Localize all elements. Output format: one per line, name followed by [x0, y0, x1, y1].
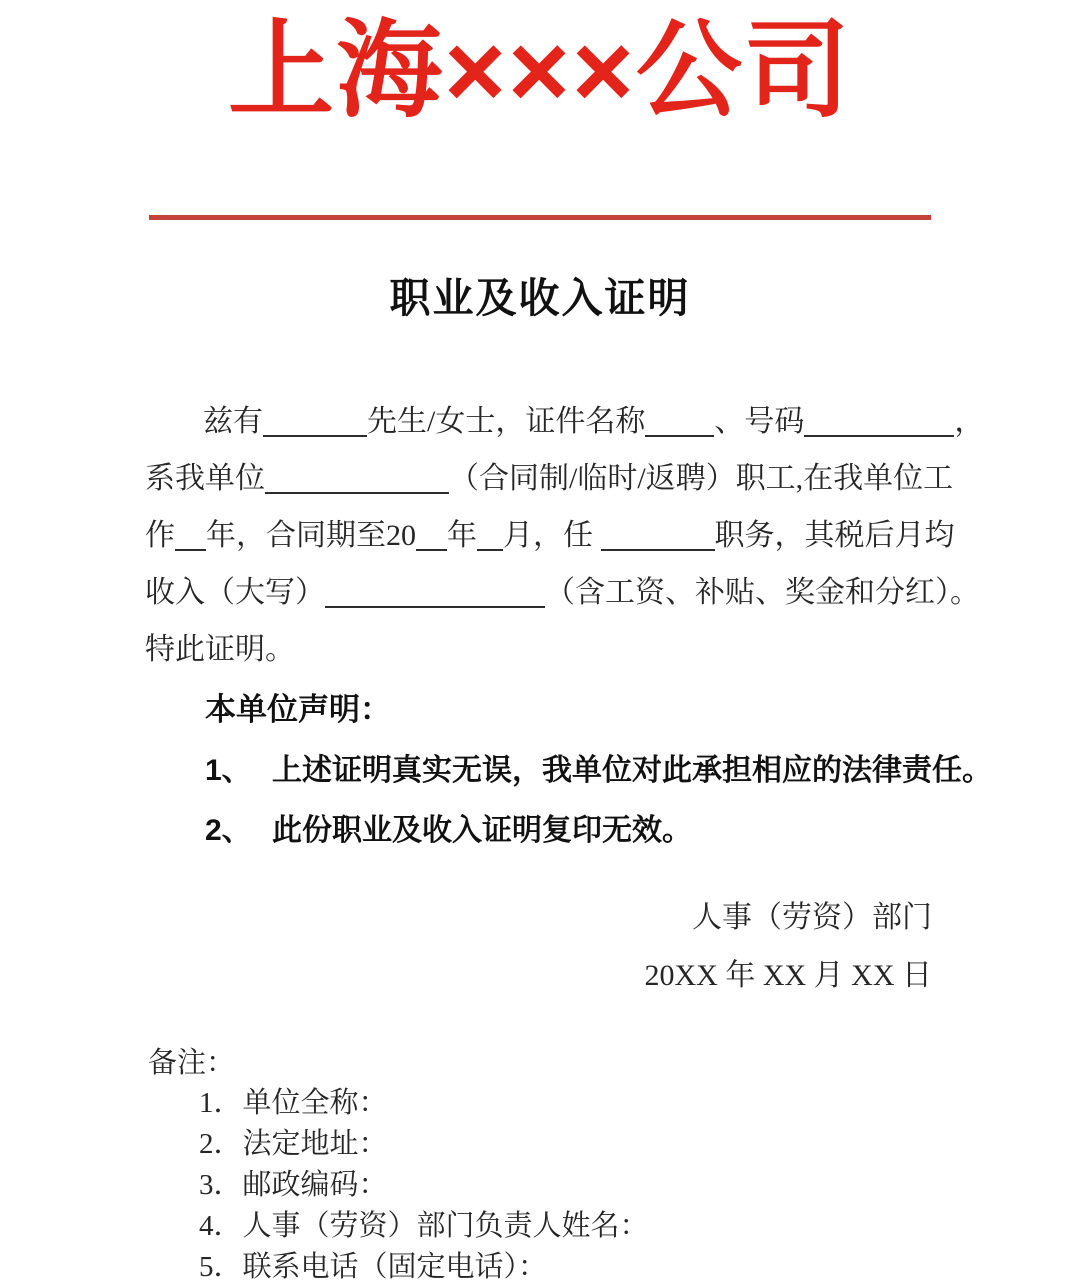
note-item: 1．单位全称：: [148, 1083, 1080, 1123]
notes-section: 备注： 1．单位全称：2．法定地址：3．邮政编码：4．人事（劳资）部门负责人姓名…: [148, 1045, 1080, 1288]
signature-department: 人事（劳资）部门: [0, 898, 932, 939]
fill-in-blank[interactable]: [265, 464, 449, 494]
body-text-segment: 先生/女士，证件名称: [367, 405, 645, 438]
body-text-segment: ，: [954, 405, 984, 438]
body-text-segment: 作: [145, 519, 175, 552]
fill-in-blank[interactable]: [601, 521, 715, 551]
note-item: 2．法定地址：: [148, 1124, 1080, 1164]
signature-date: 20XX 年 XX 月 XX 日: [0, 956, 932, 997]
body-text-segment: 特此证明。: [145, 633, 295, 666]
signature-block: 人事（劳资）部门 20XX 年 XX 月 XX 日: [0, 898, 1080, 997]
declaration-item: 1、上述证明真实无误，我单位对此承担相应的法律责任。: [205, 751, 1080, 792]
body-text-segment: 、号码: [714, 405, 804, 438]
declaration-list: 1、上述证明真实无误，我单位对此承担相应的法律责任。2、此份职业及收入证明复印无…: [0, 751, 1080, 852]
body-line: 特此证明。: [145, 621, 935, 678]
fill-in-blank[interactable]: [477, 521, 503, 551]
note-item: 4．人事（劳资）部门负责人姓名：: [148, 1206, 1080, 1246]
body-line: 系我单位（合同制/临时/返聘）职工,在我单位工: [145, 450, 935, 507]
fill-in-blank[interactable]: [416, 521, 447, 551]
body-line: 作年，合同期至20年月，任 职务，其税后月均: [145, 507, 935, 564]
certificate-page: 上海×××公司 职业及收入证明 兹有先生/女士，证件名称、号码，系我单位（合同制…: [0, 0, 1080, 1288]
body-line: 收入（大写）（含工资、补贴、奖金和分红）。: [145, 564, 935, 621]
document-title: 职业及收入证明: [0, 274, 1080, 323]
note-item: 5．联系电话（固定电话）：: [148, 1247, 1080, 1287]
declaration-item-text: 此份职业及收入证明复印无效。: [272, 814, 692, 847]
company-title: 上海×××公司: [0, 0, 1080, 127]
declaration-item-number: 2、: [205, 811, 272, 852]
notes-title: 备注：: [148, 1045, 1080, 1083]
fill-in-blank[interactable]: [804, 407, 954, 437]
fill-in-blank[interactable]: [263, 407, 367, 437]
red-divider: [149, 215, 931, 220]
certificate-body: 兹有先生/女士，证件名称、号码，系我单位（合同制/临时/返聘）职工,在我单位工作…: [145, 393, 935, 678]
fill-in-blank[interactable]: [645, 407, 714, 437]
body-text-segment: 月，任: [503, 519, 601, 552]
body-text-segment: 职务，其税后月均: [715, 519, 955, 552]
declaration-item-number: 1、: [205, 751, 272, 792]
body-text-segment: 年: [447, 519, 477, 552]
body-text-segment: （合同制/临时/返聘）职工,在我单位工: [449, 462, 953, 495]
body-text-segment: 年，合同期至20: [206, 519, 416, 552]
note-item: 3．邮政编码：: [148, 1165, 1080, 1205]
declaration-heading: 本单位声明：: [205, 690, 1080, 730]
declaration-item-text: 上述证明真实无误，我单位对此承担相应的法律责任。: [272, 754, 992, 787]
fill-in-blank[interactable]: [175, 521, 206, 551]
declaration-item: 2、此份职业及收入证明复印无效。: [205, 811, 1080, 852]
body-line: 兹有先生/女士，证件名称、号码，: [145, 393, 935, 450]
body-text-segment: 兹有: [203, 405, 263, 438]
body-text-segment: 系我单位: [145, 462, 265, 495]
fill-in-blank[interactable]: [325, 578, 545, 608]
notes-list: 1．单位全称：2．法定地址：3．邮政编码：4．人事（劳资）部门负责人姓名：5．联…: [148, 1083, 1080, 1287]
body-text-segment: 收入（大写）: [145, 576, 325, 609]
body-text-segment: （含工资、补贴、奖金和分红）。: [545, 576, 980, 609]
